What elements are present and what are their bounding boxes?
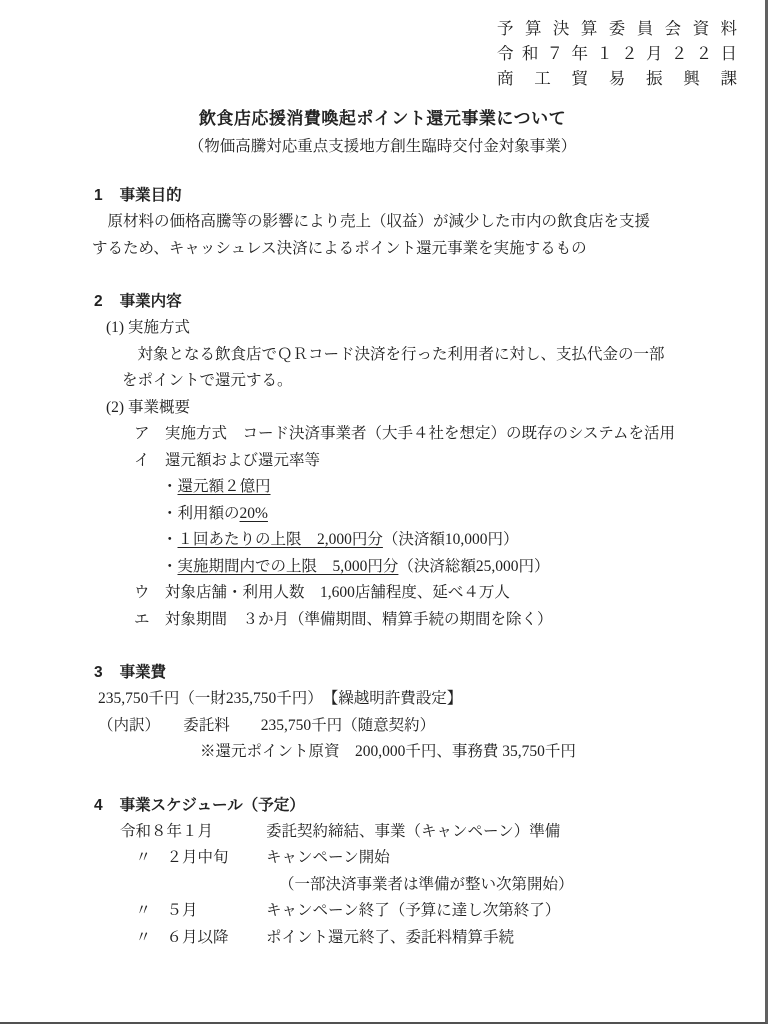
schedule-desc: ポイント還元終了、委託料精算手続 — [266, 925, 514, 952]
section2-number: 2 — [94, 293, 103, 310]
section-purpose: 1事業目的 原材料の価格高騰等の影響により売上（収益）が減少した市内の飲食店を支… — [0, 183, 765, 262]
schedule-date: 〃 ６月以降 — [120, 925, 266, 952]
subitem-a: ア 実施方式 コード決済事業者（大手４社を想定）の既存のシステムを活用 — [134, 421, 765, 448]
section4-heading: 4事業スケジュール（予定） — [94, 793, 765, 819]
section3-number: 3 — [94, 664, 103, 681]
section3-heading: 3事業費 — [94, 660, 765, 686]
schedule-desc: キャンペーン開始 — [266, 845, 390, 872]
schedule-date: 〃 ２月中旬 — [120, 845, 266, 872]
bullet-text: 利用額の — [178, 505, 240, 522]
section2-title: 事業内容 — [120, 293, 182, 310]
body-line: するため、キャッシュレス決済によるポイント還元事業を実施するもの — [92, 236, 765, 263]
bullet-text: （決済額10,000円） — [383, 531, 519, 548]
bullet-item: ・還元額２億円 — [162, 474, 765, 501]
body-line: をポイントで還元する。 — [122, 368, 765, 395]
item2-label: (2) 事業概要 — [106, 395, 765, 422]
schedule-table: 令和８年１月委託契約締結、事業（キャンペーン）準備 〃 ２月中旬キャンペーン開始… — [120, 819, 765, 952]
schedule-date — [120, 872, 266, 899]
schedule-desc: キャンペーン終了（予算に達し次第終了） — [266, 898, 560, 925]
item1-body: 対象となる飲食店でＱＲコード決済を行った利用者に対し、支払代金の一部 をポイント… — [122, 342, 765, 395]
section1-number: 1 — [94, 187, 103, 204]
section-schedule: 4事業スケジュール（予定） 令和８年１月委託契約締結、事業（キャンペーン）準備 … — [0, 793, 765, 952]
schedule-date: 〃 ５月 — [120, 898, 266, 925]
bullet-underlined-text: 還元額２億円 — [178, 478, 271, 495]
bullet-item: ・利用額の20% — [162, 501, 765, 528]
schedule-date: 令和８年１月 — [120, 819, 266, 846]
document-title: 飲食店応援消費喚起ポイント還元事業について — [0, 104, 765, 129]
bullet-underlined-text: １回あたりの上限 2,000円分 — [178, 531, 383, 548]
schedule-row: 〃 ２月中旬キャンペーン開始 — [120, 845, 765, 872]
subitem-e: エ 対象期間 ３か月（準備期間、精算手続の期間を除く） — [134, 607, 765, 634]
section2-heading: 2事業内容 — [94, 289, 765, 315]
document-meta: 予算決算委員会資料 令和７年１２月２２日 商工貿易振興課 — [497, 16, 737, 91]
section1-heading: 1事業目的 — [94, 183, 765, 209]
section1-body: 原材料の価格高騰等の影響により売上（収益）が減少した市内の飲食店を支援 するため… — [92, 209, 765, 262]
section4-number: 4 — [94, 797, 103, 814]
section-contents: 2事業内容 (1) 実施方式 対象となる飲食店でＱＲコード決済を行った利用者に対… — [0, 289, 765, 633]
section3-title: 事業費 — [120, 664, 167, 681]
bullet-marker: ・ — [162, 531, 178, 548]
budget-note: ※還元ポイント原資 200,000千円、事務費 35,750千円 — [200, 739, 765, 766]
bullet-text: （決済総額25,000円） — [398, 558, 549, 575]
schedule-row-note: （一部決済事業者は準備が整い次第開始） — [120, 872, 765, 899]
section4-title: 事業スケジュール（予定） — [120, 797, 305, 814]
schedule-row: 〃 ６月以降ポイント還元終了、委託料精算手続 — [120, 925, 765, 952]
bullet-item: ・１回あたりの上限 2,000円分（決済額10,000円） — [162, 527, 765, 554]
bullet-marker: ・ — [162, 478, 178, 495]
meta-committee: 予算決算委員会資料 — [497, 16, 737, 41]
body-line: 原材料の価格高騰等の影響により売上（収益）が減少した市内の飲食店を支援 — [92, 209, 765, 236]
section-budget: 3事業費 235,750千円（一財235,750千円） 【繰越明許費設定】 （内… — [0, 660, 765, 766]
budget-total: 235,750千円（一財235,750千円） 【繰越明許費設定】 — [98, 686, 765, 713]
schedule-row: 令和８年１月委託契約締結、事業（キャンペーン）準備 — [120, 819, 765, 846]
section1-title: 事業目的 — [120, 187, 182, 204]
meta-department: 商工貿易振興課 — [497, 66, 737, 91]
body-line: 対象となる飲食店でＱＲコード決済を行った利用者に対し、支払代金の一部 — [122, 342, 765, 369]
bullet-underlined-text: 実施期間内での上限 5,000円分 — [178, 558, 399, 575]
subitem-i: イ 還元額および還元率等 — [134, 448, 765, 475]
subitem-u: ウ 対象店舗・利用人数 1,600店舗程度、延べ４万人 — [134, 580, 765, 607]
bullet-marker: ・ — [162, 505, 178, 522]
schedule-row: 〃 ５月キャンペーン終了（予算に達し次第終了） — [120, 898, 765, 925]
bullet-underlined-text: 20% — [240, 505, 268, 522]
meta-date: 令和７年１２月２２日 — [497, 41, 737, 66]
document-page: 予算決算委員会資料 令和７年１２月２２日 商工貿易振興課 飲食店応援消費喚起ポイ… — [0, 0, 768, 1024]
item1-label: (1) 実施方式 — [106, 315, 765, 342]
document-subtitle: （物価高騰対応重点支援地方創生臨時交付金対象事業） — [0, 134, 765, 156]
schedule-desc: 委託契約締結、事業（キャンペーン）準備 — [266, 819, 560, 846]
schedule-note-desc: （一部決済事業者は準備が整い次第開始） — [266, 872, 574, 899]
bullet-item: ・実施期間内での上限 5,000円分（決済総額25,000円） — [162, 554, 765, 581]
bullet-marker: ・ — [162, 558, 178, 575]
budget-breakdown: （内訳） 委託料 235,750千円（随意契約） — [98, 713, 765, 740]
